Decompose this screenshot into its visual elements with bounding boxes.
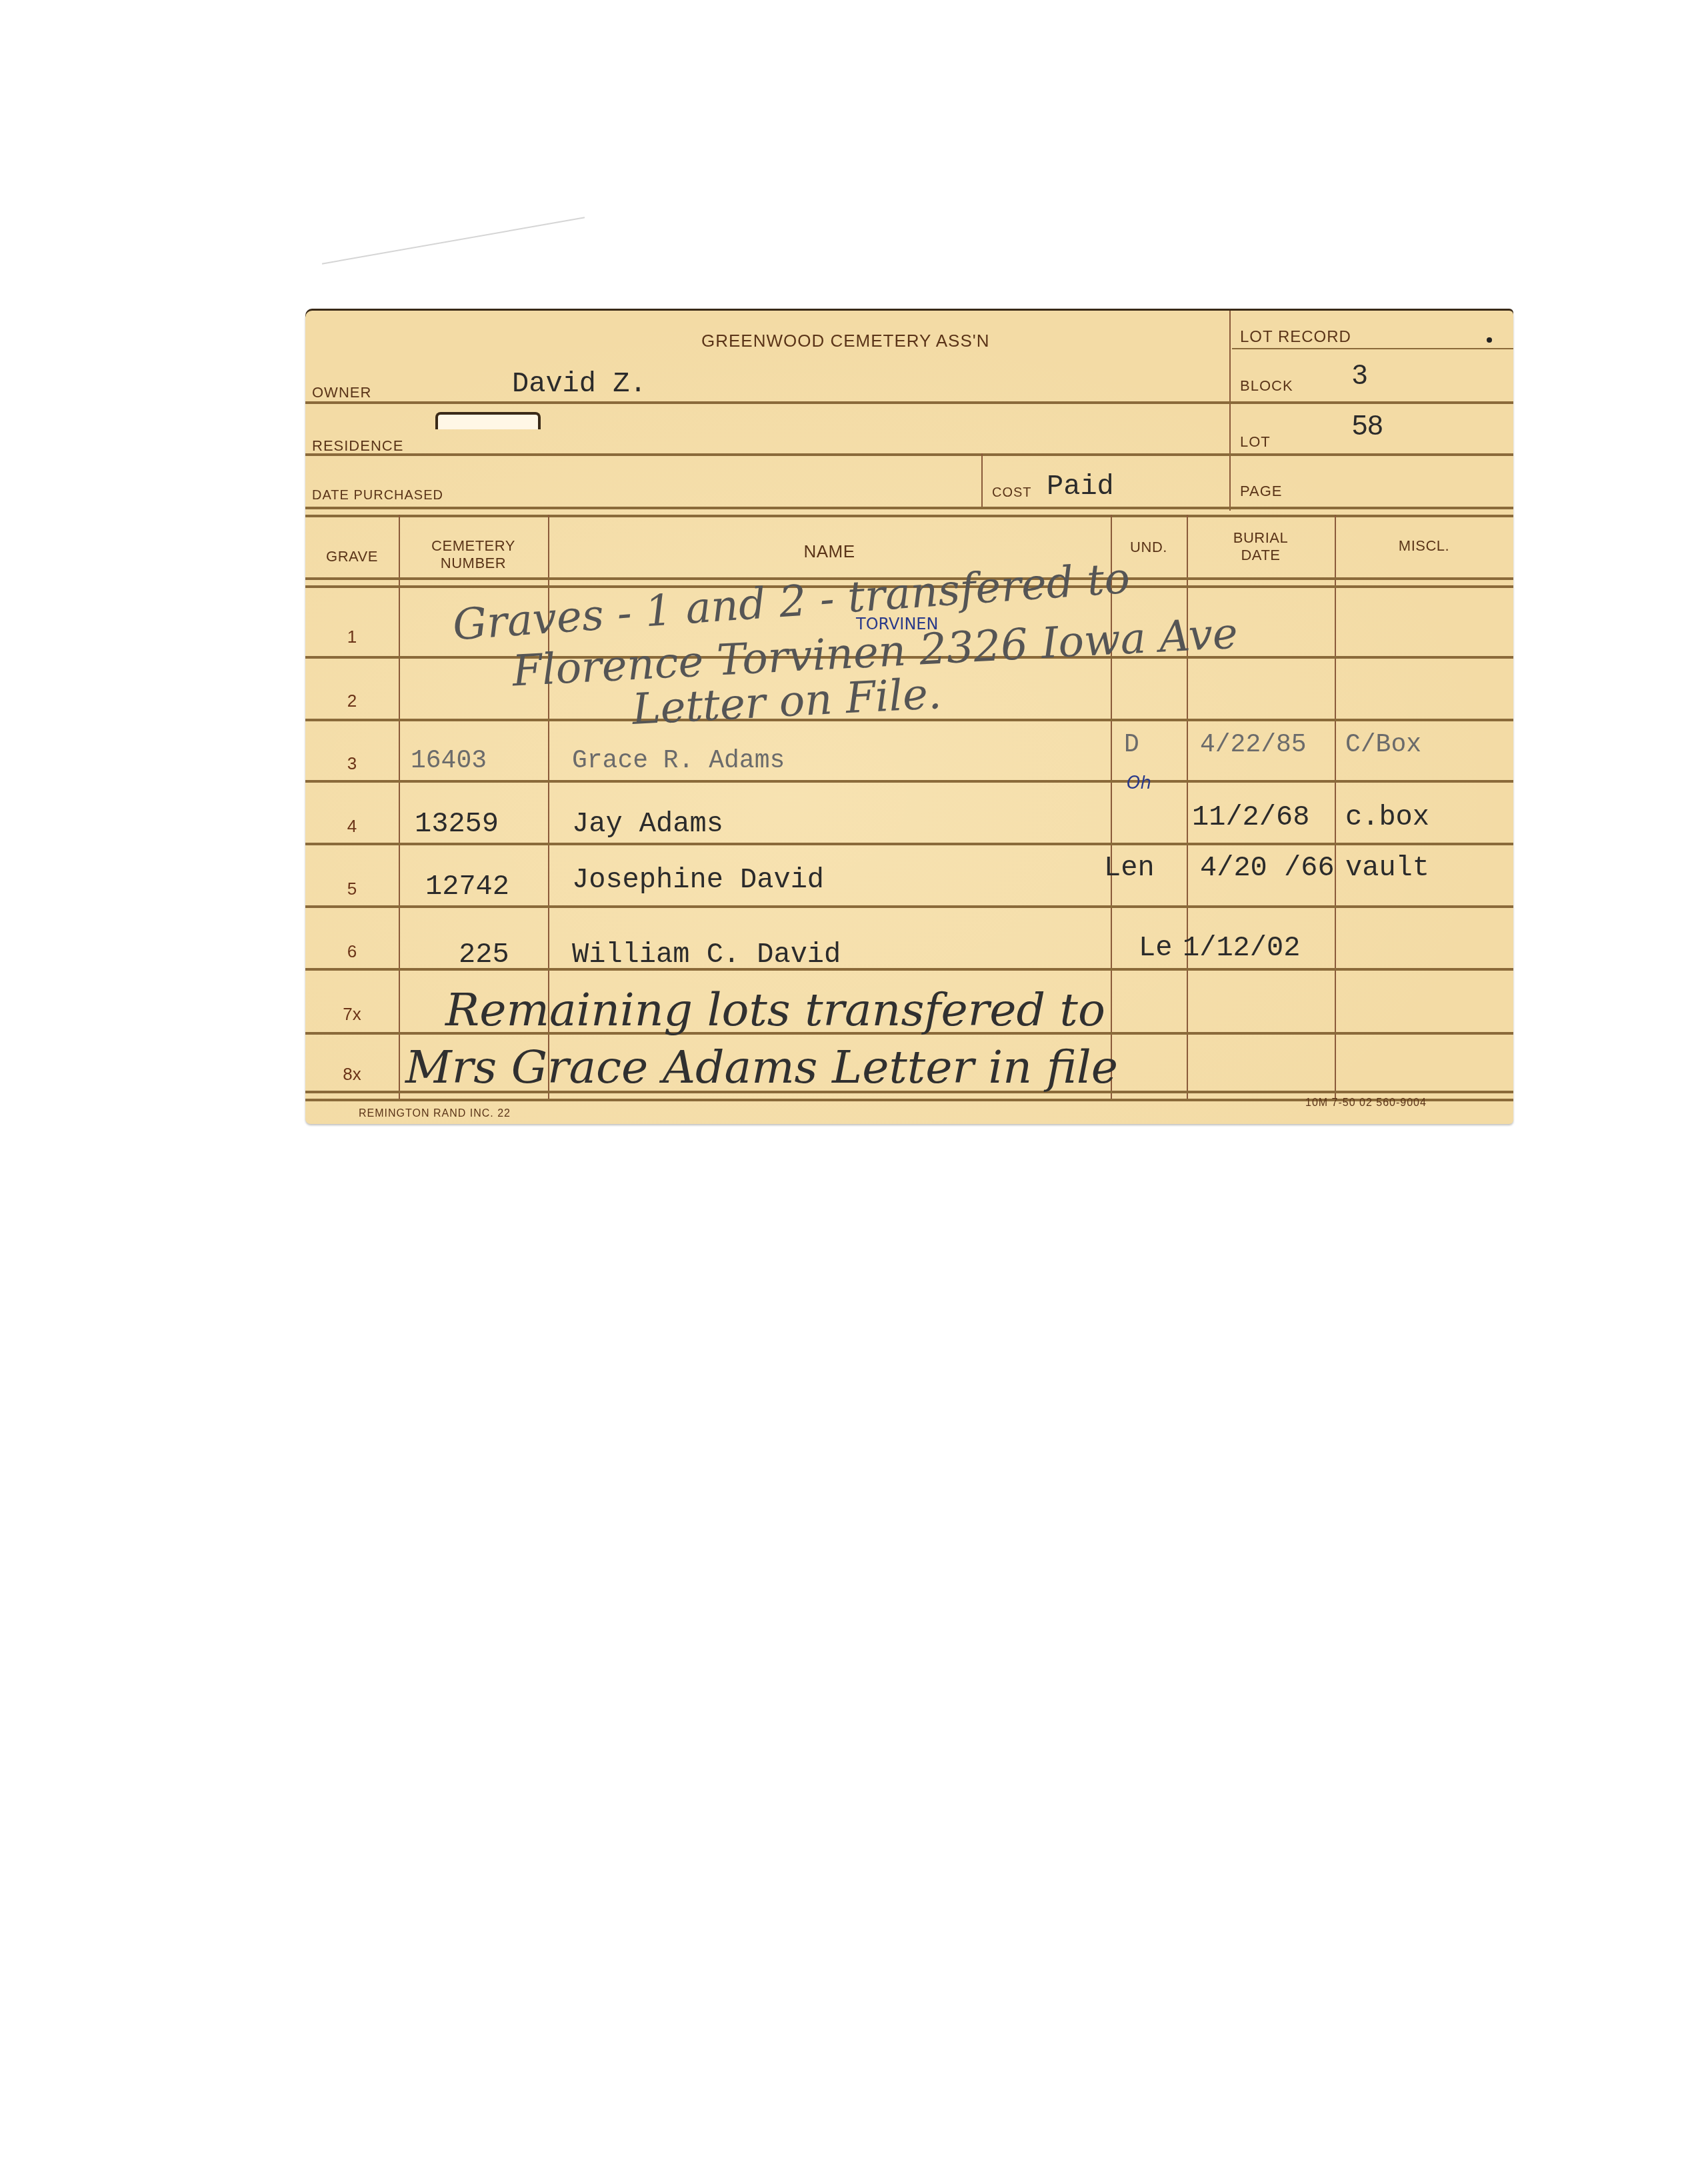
row-divider	[305, 780, 1513, 783]
burial-date[interactable]: 4/20 /66	[1200, 852, 1335, 884]
residence-label: RESIDENCE	[312, 437, 403, 455]
owner-value[interactable]: David Z.	[512, 368, 647, 400]
col-header-miscl: MISCL.	[1335, 537, 1513, 555]
lot-record-label: LOT RECORD	[1240, 328, 1351, 347]
divider	[305, 453, 1513, 456]
date-purchased-label: DATE PURCHASED	[312, 488, 443, 503]
misc-value[interactable]: vault	[1345, 852, 1429, 884]
cost-value[interactable]: Paid	[1047, 471, 1114, 503]
printer-credit: REMINGTON RAND INC. 22	[359, 1108, 511, 1120]
col-header-burial-date: BURIAL DATE	[1187, 529, 1335, 564]
block-value[interactable]: 3	[1352, 359, 1367, 391]
lot-label: LOT	[1240, 433, 1271, 451]
burial-date[interactable]: 1/12/02	[1183, 932, 1300, 964]
owner-label: OWNER	[312, 384, 371, 401]
misc-value[interactable]: c.box	[1345, 801, 1429, 833]
deceased-name[interactable]: Grace R. Adams	[572, 747, 785, 775]
col-header-line: BURIAL	[1187, 529, 1335, 547]
misc-value[interactable]: C/Box	[1345, 731, 1421, 759]
burial-date[interactable]: 11/2/68	[1192, 801, 1309, 833]
deceased-name[interactable]: Josephine David	[572, 864, 824, 896]
row-divider	[305, 905, 1513, 908]
deceased-name[interactable]: Jay Adams	[572, 808, 723, 840]
und-value[interactable]: Len	[1104, 852, 1155, 884]
col-header-name: NAME	[548, 543, 1111, 560]
grave-number: 5	[309, 879, 395, 899]
grave-number: 6	[309, 941, 395, 962]
col-divider	[399, 515, 400, 1101]
divider	[981, 453, 983, 509]
handwritten-note-line: Mrs Grace Adams Letter in file	[405, 1041, 1118, 1094]
lot-record-card: GREENWOOD CEMETERY ASS'N LOT RECORD OWNE…	[305, 311, 1513, 1124]
corner-dot	[1487, 337, 1492, 343]
handwritten-note-line: Remaining lots transfered to	[445, 984, 1105, 1037]
cost-label: COST	[992, 485, 1032, 501]
grave-number: 1	[309, 627, 395, 647]
grave-number: 7x	[309, 1004, 395, 1025]
page-label: PAGE	[1240, 483, 1283, 500]
scan-mark	[322, 217, 585, 264]
col-header-line: DATE	[1187, 547, 1335, 564]
col-divider	[1187, 515, 1188, 1101]
block-label: BLOCK	[1240, 377, 1293, 395]
divider	[1232, 348, 1513, 349]
row-divider	[305, 843, 1513, 845]
und-value[interactable]: D	[1124, 731, 1139, 759]
und-value[interactable]: Le	[1139, 932, 1172, 964]
cemetery-number[interactable]: 16403	[411, 747, 487, 775]
grave-number: 4	[309, 816, 395, 837]
grave-number: 8x	[309, 1064, 395, 1085]
col-header-line: CEMETERY	[399, 537, 548, 555]
divider	[1229, 311, 1231, 511]
burial-date[interactable]: 4/22/85	[1200, 731, 1307, 759]
grave-number: 2	[309, 691, 395, 711]
grave-number: 3	[309, 753, 395, 774]
col-divider	[1335, 515, 1336, 1101]
col-header-grave: GRAVE	[305, 548, 399, 565]
divider	[305, 515, 1513, 517]
lot-value[interactable]: 58	[1352, 409, 1383, 441]
divider	[305, 507, 1513, 509]
col-header-und: UND.	[1111, 539, 1187, 556]
divider	[305, 401, 1513, 404]
card-file-slot	[435, 412, 541, 429]
header-title: GREENWOOD CEMETERY ASS'N	[701, 331, 990, 351]
cemetery-number[interactable]: 13259	[415, 808, 499, 840]
form-code: 10M 7-50 02 560-9004	[1305, 1097, 1427, 1109]
und-value[interactable]: Oh	[1127, 773, 1151, 793]
cemetery-number[interactable]: 12742	[425, 871, 509, 903]
cemetery-number[interactable]: 225	[459, 939, 509, 971]
deceased-name[interactable]: William C. David	[572, 939, 841, 971]
col-header-line: NUMBER	[399, 555, 548, 572]
col-header-cemetery-number: CEMETERY NUMBER	[399, 537, 548, 572]
